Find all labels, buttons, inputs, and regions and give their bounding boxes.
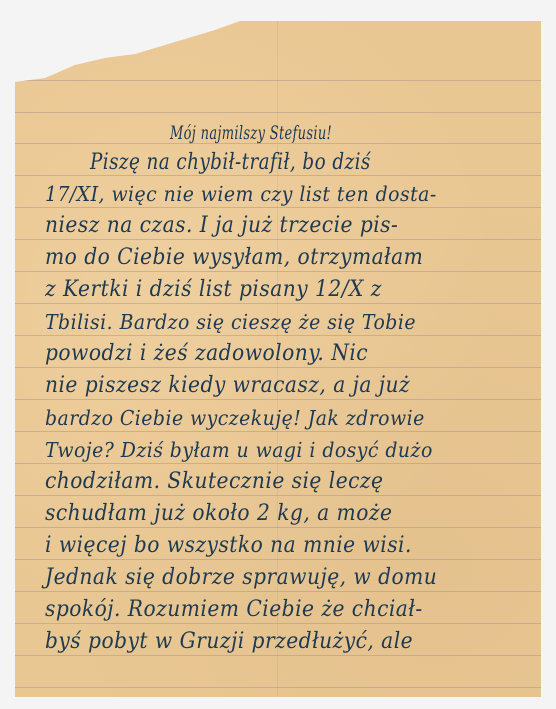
handwritten-line: powodzi i żeś zadowolony. Nic: [45, 338, 529, 370]
handwritten-line: schudłam już około 2 kg, a może: [45, 498, 529, 530]
ruled-line: [15, 112, 541, 113]
handwritten-line: Piszę na chybił-trafił, bo dziś: [90, 147, 529, 179]
handwritten-line: nie piszesz kiedy wracasz, a ja już: [45, 370, 529, 402]
handwritten-line: niesz na czas. I ja już trzecie pis-: [45, 210, 529, 242]
handwritten-line: i więcej bo wszystko na mnie wisi.: [45, 530, 529, 562]
handwritten-line: z Kertki i dziś list pisany 12/X z: [45, 274, 529, 306]
handwritten-line: Twoje? Dziś byłam u wagi i dosyć dużo: [45, 434, 529, 466]
ruled-line: [15, 687, 541, 688]
handwritten-line: bardzo Ciebie wyczekuję! Jak zdrowie: [45, 402, 529, 434]
handwritten-line: 17/XI, więc nie wiem czy list ten dosta-: [45, 178, 529, 210]
handwritten-line: spokój. Rozumiem Ciebie że chciał-: [45, 594, 529, 626]
ruled-line: [15, 80, 541, 81]
handwritten-line: Tbilisi. Bardzo się cieszę że się Tobie: [45, 306, 529, 338]
handwritten-line: Jednak się dobrze sprawuję, w domu: [45, 562, 529, 594]
handwritten-line: chodziłam. Skutecznie się leczę: [45, 466, 529, 498]
salutation: Mój najmilszy Stefusiu!: [170, 117, 529, 149]
handwritten-line: mo do Ciebie wysyłam, otrzymałam: [45, 242, 529, 274]
letter-paper: Mój najmilszy Stefusiu! Piszę na chybił-…: [15, 20, 541, 697]
handwritten-line: byś pobyt w Gruzji przedłużyć, ale: [45, 626, 529, 658]
